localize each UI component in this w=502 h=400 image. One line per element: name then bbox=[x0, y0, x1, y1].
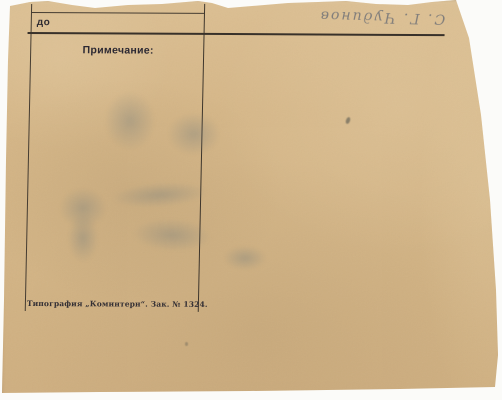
notes-header: Примечание: bbox=[32, 44, 204, 57]
scan-background: от до Примечание: Типография „Коминтерн“… bbox=[0, 0, 502, 400]
handwritten-note: С. Г. Чудинов bbox=[300, 1, 465, 33]
table-rule-horizontal-main bbox=[28, 32, 445, 36]
pencil-smudge bbox=[105, 92, 155, 150]
pencil-smudge bbox=[168, 113, 220, 155]
row-label-do: до bbox=[37, 17, 51, 28]
table-rule-vertical-left bbox=[25, 4, 32, 311]
paper-sheet: от до Примечание: Типография „Коминтерн“… bbox=[0, 0, 502, 400]
printer-imprint: Типография „Коминтерн“. Зак. № 1324. bbox=[27, 299, 199, 309]
pencil-smudge bbox=[68, 214, 98, 262]
cutoff-text-fragment: от bbox=[34, 0, 47, 4]
ink-speck bbox=[185, 342, 188, 346]
table-rule-horizontal-top bbox=[31, 12, 204, 14]
pencil-smudge bbox=[224, 246, 266, 270]
